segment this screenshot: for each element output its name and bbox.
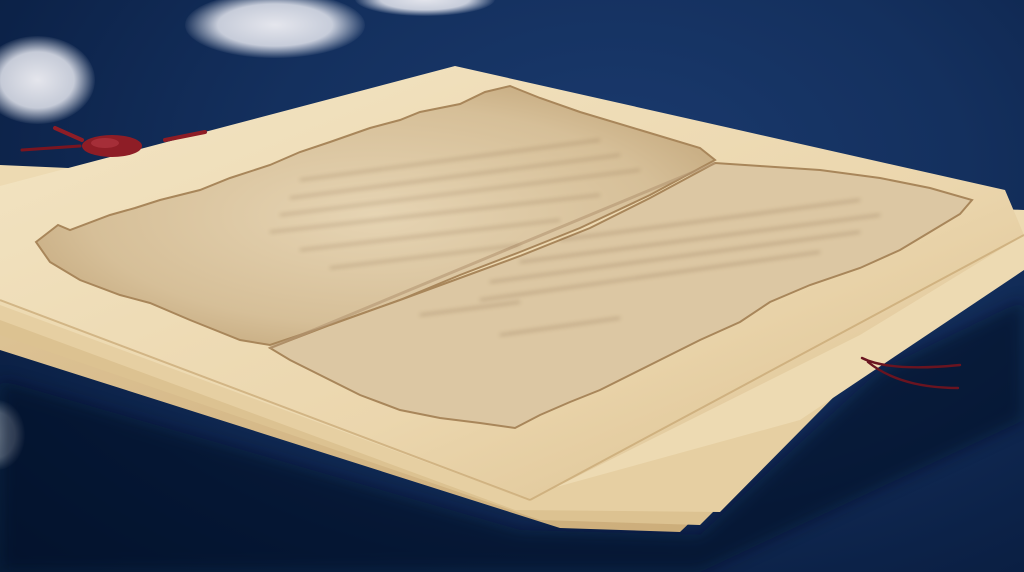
photo-scene [0, 0, 1024, 572]
documents-illustration [0, 0, 1024, 572]
